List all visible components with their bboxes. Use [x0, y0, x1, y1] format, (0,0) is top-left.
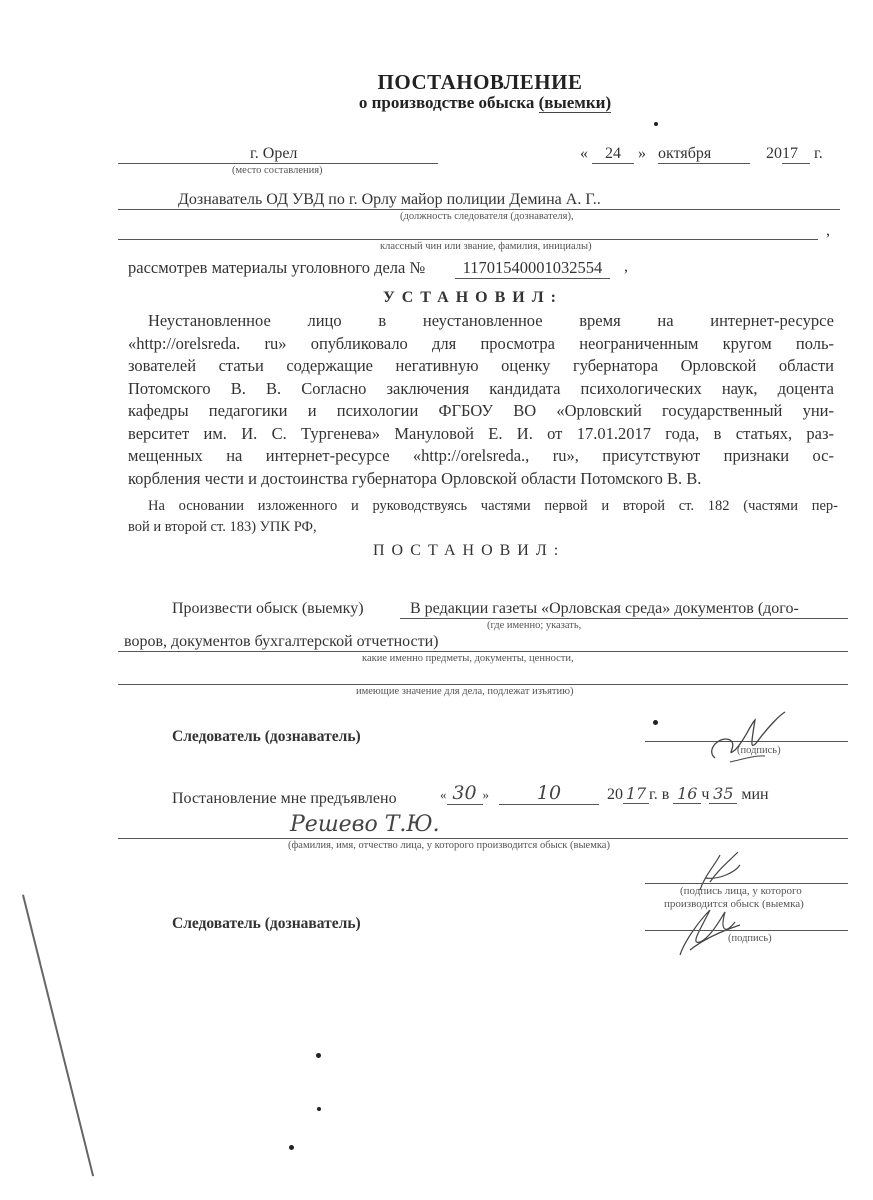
paper-fold-line — [22, 895, 94, 1177]
presented-year-suffix: 17 — [623, 784, 649, 804]
person-name: Решево Т.Ю. — [290, 812, 440, 837]
resolved-heading: ПОСТАНОВИЛ: — [373, 542, 565, 560]
officer-caption-1: (должность следователя (дознавателя), — [400, 211, 574, 222]
presented-hour: 16 — [673, 784, 701, 804]
presented-minute: 35 — [709, 784, 737, 804]
date-year-suffix: 17 — [782, 145, 810, 164]
basis-line: На основании изложенного и руководствуяс… — [128, 496, 838, 517]
date-day: 24 — [592, 145, 634, 164]
signature-caption-2: (подпись) — [728, 933, 772, 944]
established-line: кафедры педагогики и психологии ФГБОУ ВО… — [128, 400, 834, 423]
presented-day: 30 — [447, 782, 483, 805]
document-subtitle: о производстве обыска (выемки) — [0, 93, 873, 113]
date-field: « 24 » октября 2017 г. — [580, 145, 823, 164]
date-month: октября — [658, 145, 750, 164]
date-close-quote: » — [638, 145, 646, 162]
established-line: верситет им. И. С. Тургенева» Мануловой … — [128, 423, 834, 446]
person-caption: (фамилия, имя, отчество лица, у которого… — [288, 840, 610, 851]
document-title: ПОСТАНОВЛЕНИЕ — [0, 70, 873, 95]
person-signature-caption-1: (подпись лица, у которого — [680, 885, 802, 897]
case-number: 11701540001032554 — [455, 258, 610, 279]
established-line: мещенных на интернет-ресурсе «http://ore… — [128, 445, 834, 468]
officer-comma: , — [826, 222, 830, 240]
basis-paragraph: На основании изложенного и руководствуяс… — [128, 496, 838, 538]
case-comma: , — [624, 258, 628, 276]
presented-close-quote: » — [483, 787, 490, 802]
search-place-line-2: воров, документов бухгалтерской отчетнос… — [124, 633, 439, 651]
officer-caption-2: классный чин или звание, фамилия, инициа… — [380, 241, 592, 252]
presented-month: 10 — [499, 782, 599, 805]
established-line: корбления чести и достоинства губернатор… — [128, 468, 834, 491]
presented-minute-unit: мин — [741, 786, 768, 803]
established-line: зователей статьи содержащие негативную о… — [128, 355, 834, 378]
presented-label: Постановление мне предъявлено — [172, 790, 397, 808]
established-line: Неустановленное лицо в неустановленное в… — [128, 310, 834, 333]
search-caption-3: имеющие значение для дела, подлежат изъя… — [356, 686, 573, 697]
place-field: г. Орел — [250, 145, 297, 163]
established-line: Потомского В. В. Согласно заключения кан… — [128, 378, 834, 401]
established-paragraph: Неустановленное лицо в неустановленное в… — [128, 310, 834, 490]
search-caption-2: какие именно предметы, документы, ценнос… — [362, 653, 574, 664]
signature-caption: (подпись) — [737, 745, 781, 756]
date-open-quote: « — [580, 145, 588, 162]
presented-year-prefix: 20 — [607, 786, 623, 803]
date-year-unit: г. — [814, 145, 823, 162]
presented-hour-unit: ч — [701, 786, 709, 803]
officer-field: Дознаватель ОД УВД по г. Орлу майор поли… — [178, 191, 601, 209]
case-label: рассмотрев материалы уголовного дела № — [128, 258, 425, 278]
investigator-signature-icon — [700, 710, 790, 770]
subtitle-underlined: (выемки) — [539, 93, 612, 113]
presented-date: «30» 10 2017г. в 16ч35 мин — [440, 782, 769, 805]
search-label: Произвести обыск (выемку) — [172, 600, 364, 618]
established-heading: УСТАНОВИЛ: — [383, 289, 563, 307]
place-caption: (место составления) — [232, 165, 323, 176]
presented-year-unit: г. в — [649, 786, 669, 803]
date-year-prefix: 20 — [766, 145, 782, 162]
established-line: «http://orelsreda. ru» опубликовало для … — [128, 333, 834, 356]
investigator-label: Следователь (дознаватель) — [172, 728, 361, 746]
investigator-label-2: Следователь (дознаватель) — [172, 915, 361, 933]
subtitle-prefix: о производстве обыска — [359, 93, 539, 112]
search-caption-1: (где именно; указать, — [487, 620, 581, 631]
basis-line: вой и второй ст. 183) УПК РФ, — [128, 517, 838, 538]
search-place-line-1: В редакции газеты «Орловская среда» доку… — [410, 600, 799, 618]
